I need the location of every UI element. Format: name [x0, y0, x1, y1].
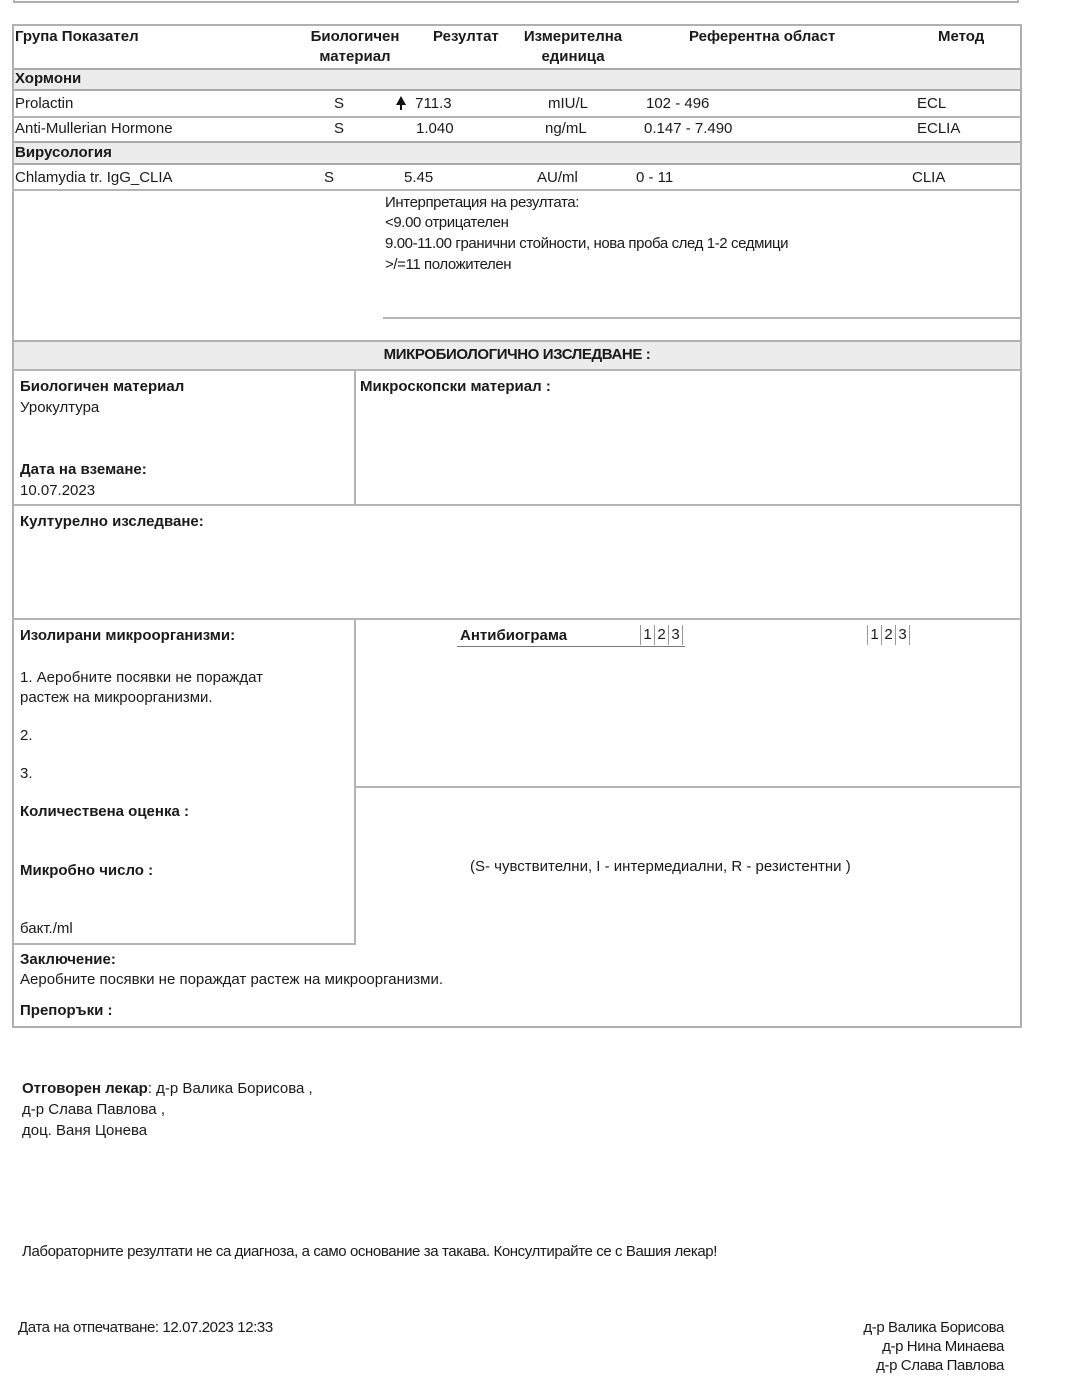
test-reference: 0.147 - 7.490: [644, 119, 732, 139]
header-bio-material-line2: материал: [319, 48, 390, 65]
sensitivity-legend: (S- чувствителни, I - интермедиални, R -…: [470, 857, 851, 877]
microscopic-label: Микроскопски материал :: [360, 377, 551, 397]
row-divider: [14, 116, 1020, 118]
group-name: Вирусология: [15, 143, 112, 163]
header-unit-line2: единица: [541, 48, 604, 65]
test-method: ECLIA: [917, 119, 960, 139]
previous-section-frame: [13, 0, 1019, 3]
antibiogram-col: 2: [654, 625, 669, 645]
header-result: Резултат: [433, 27, 499, 47]
header-unit-line1: Измерителна: [524, 28, 622, 45]
left-bottom-divider: [14, 943, 355, 945]
interpretation-line: >/=11 положителен: [385, 255, 511, 275]
group-row-hormones: [14, 68, 1020, 91]
header-bio-material-line1: Биологичен: [311, 28, 400, 45]
interpretation-line: <9.00 отрицателен: [385, 213, 508, 233]
test-material: S: [334, 94, 344, 114]
culture-label: Културелно изследване:: [20, 512, 204, 532]
header-method: Метод: [938, 27, 984, 47]
date-value: 10.07.2023: [20, 481, 95, 501]
isolated-item: 2.: [20, 726, 33, 746]
conclusion-value: Аеробните посявки не пораждат растеж на …: [20, 970, 443, 990]
signature: д-р Нина Минаева: [882, 1337, 1004, 1357]
antibiogram-col: 2: [881, 625, 896, 645]
test-unit: ng/mL: [545, 119, 587, 139]
antibiogram-col: 1: [640, 625, 655, 645]
row-divider: [14, 189, 1020, 191]
interpretation-line: 9.00-11.00 гранични стойности, нова проб…: [385, 234, 788, 254]
microbial-count-label: Микробно число :: [20, 861, 153, 881]
antibiogram-col: 3: [895, 625, 910, 645]
test-method: ECL: [917, 94, 946, 114]
antibiogram-label: Антибиограма: [460, 626, 567, 646]
responsible-doctors: Отговорен лекар: д-р Валика Борисова ,: [22, 1079, 313, 1099]
signature: д-р Слава Павлова: [876, 1356, 1004, 1376]
header-bio-material: Биологичен материал: [290, 27, 420, 67]
disclaimer: Лабораторните резултати не са диагноза, …: [22, 1242, 717, 1262]
test-method: CLIA: [912, 168, 945, 188]
interpretation-divider: [383, 317, 1020, 319]
col-divider: [354, 620, 356, 945]
col-divider: [354, 371, 356, 505]
test-reference: 102 - 496: [646, 94, 709, 114]
recommendations-label: Препоръки :: [20, 1001, 113, 1021]
bio-material-label: Биологичен материал: [20, 377, 184, 397]
row-divider: [14, 618, 1020, 620]
header-reference: Референтна област: [689, 27, 835, 47]
responsible-doctor: доц. Ваня Цонева: [22, 1121, 147, 1141]
signature: д-р Валика Борисова: [863, 1318, 1004, 1338]
isolated-item: растеж на микроорганизми.: [20, 688, 213, 708]
antibiogram-divider: [355, 786, 1020, 788]
test-result-value: 711.3: [415, 95, 451, 112]
high-arrow-icon: [396, 96, 406, 105]
test-result: 1.040: [416, 119, 454, 139]
responsible-label: Отговорен лекар: [22, 1080, 148, 1097]
test-unit: AU/ml: [537, 168, 578, 188]
responsible-doctor: д-р Слава Павлова ,: [22, 1100, 165, 1120]
test-material: S: [324, 168, 334, 188]
date-label: Дата на вземане:: [20, 460, 147, 480]
group-name: Хормони: [15, 69, 81, 89]
test-name: Prolactin: [15, 94, 73, 114]
group-row-virology: [14, 141, 1020, 165]
conclusion-label: Заключение:: [20, 950, 116, 970]
antibiogram-columns-a: 123: [640, 625, 682, 645]
isolated-item: 3.: [20, 764, 33, 784]
unit-label: бакт./ml: [20, 919, 73, 939]
header-group-indicator: Група Показател: [15, 27, 139, 47]
responsible-doctor: : д-р Валика Борисова ,: [148, 1080, 313, 1097]
antibiogram-underline: [457, 646, 685, 647]
antibiogram-columns-b: 123: [867, 625, 909, 645]
isolated-item: 1. Аеробните посявки не пораждат: [20, 668, 263, 688]
antibiogram-col: 3: [668, 625, 683, 645]
test-unit: mIU/L: [548, 94, 588, 114]
header-unit: Измерителна единица: [513, 27, 633, 67]
row-divider: [14, 504, 1020, 506]
interpretation-title: Интерпретация на резултата:: [385, 193, 579, 213]
antibiogram-col: 1: [867, 625, 882, 645]
micro-title: МИКРОБИОЛОГИЧНО ИЗСЛЕДВАНЕ :: [14, 345, 1020, 365]
test-result: 5.45: [404, 168, 433, 188]
test-name: Anti-Mullerian Hormone: [15, 119, 173, 139]
test-result: 711.3: [396, 94, 452, 114]
isolated-label: Изолирани микроорганизми:: [20, 626, 235, 646]
test-name: Chlamydia tr. IgG_CLIA: [15, 168, 173, 188]
bio-material-value: Урокултура: [20, 398, 99, 418]
test-reference: 0 - 11: [636, 168, 673, 188]
print-date: Дата на отпечатване: 12.07.2023 12:33: [18, 1318, 273, 1338]
test-material: S: [334, 119, 344, 139]
quant-label: Количествена оценка :: [20, 802, 189, 822]
